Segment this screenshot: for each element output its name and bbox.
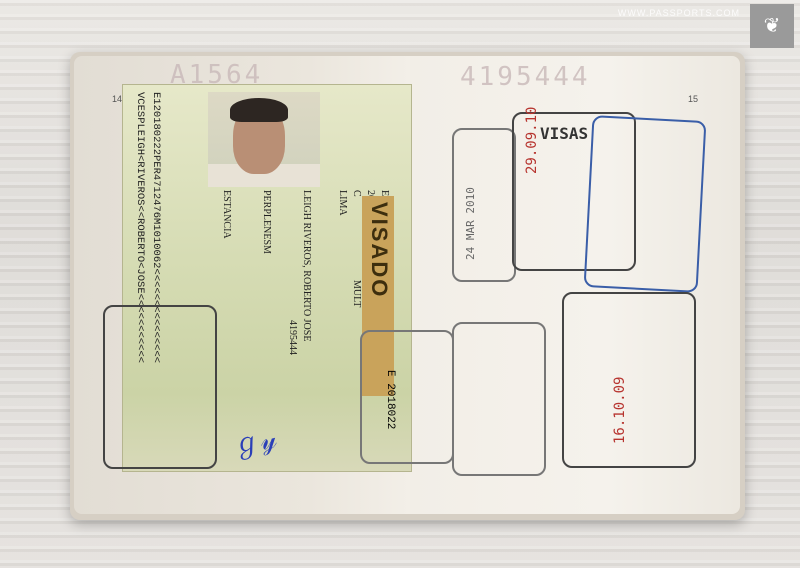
stamp-madrid-blue bbox=[584, 115, 707, 293]
consul-signature: ℊ𝓎 bbox=[229, 416, 280, 463]
stamp-peru-exit-2 bbox=[452, 322, 546, 476]
watermark-text: WWW.PASSPORTS.COM bbox=[618, 8, 740, 18]
stamp-madrid-2: 16.10.09 bbox=[562, 292, 696, 468]
holder-name: LEIGH RIVEROS, ROBERTO JOSE bbox=[301, 190, 312, 341]
remarks-1: PERPLENESM bbox=[261, 190, 272, 254]
visado-label: VISADO bbox=[366, 202, 392, 298]
remarks-2: ESTANCIA bbox=[221, 190, 232, 239]
holder-photo bbox=[208, 92, 320, 187]
issued-in: LIMA bbox=[337, 190, 348, 216]
left-page-number: 14 bbox=[112, 94, 122, 104]
laurel-icon: ❦ bbox=[750, 4, 794, 48]
perforation-right: 4195444 bbox=[460, 62, 591, 92]
visa-type: C bbox=[351, 190, 362, 197]
passport-number: 4195444 bbox=[287, 320, 298, 355]
right-page-number: 15 bbox=[688, 94, 698, 104]
entries: MULT bbox=[351, 280, 362, 307]
stamp-madrid-left bbox=[103, 305, 217, 469]
stamp-madrid-mid bbox=[360, 330, 454, 464]
stamp-peru-exit-1: 24 MAR 2010 bbox=[452, 128, 516, 282]
